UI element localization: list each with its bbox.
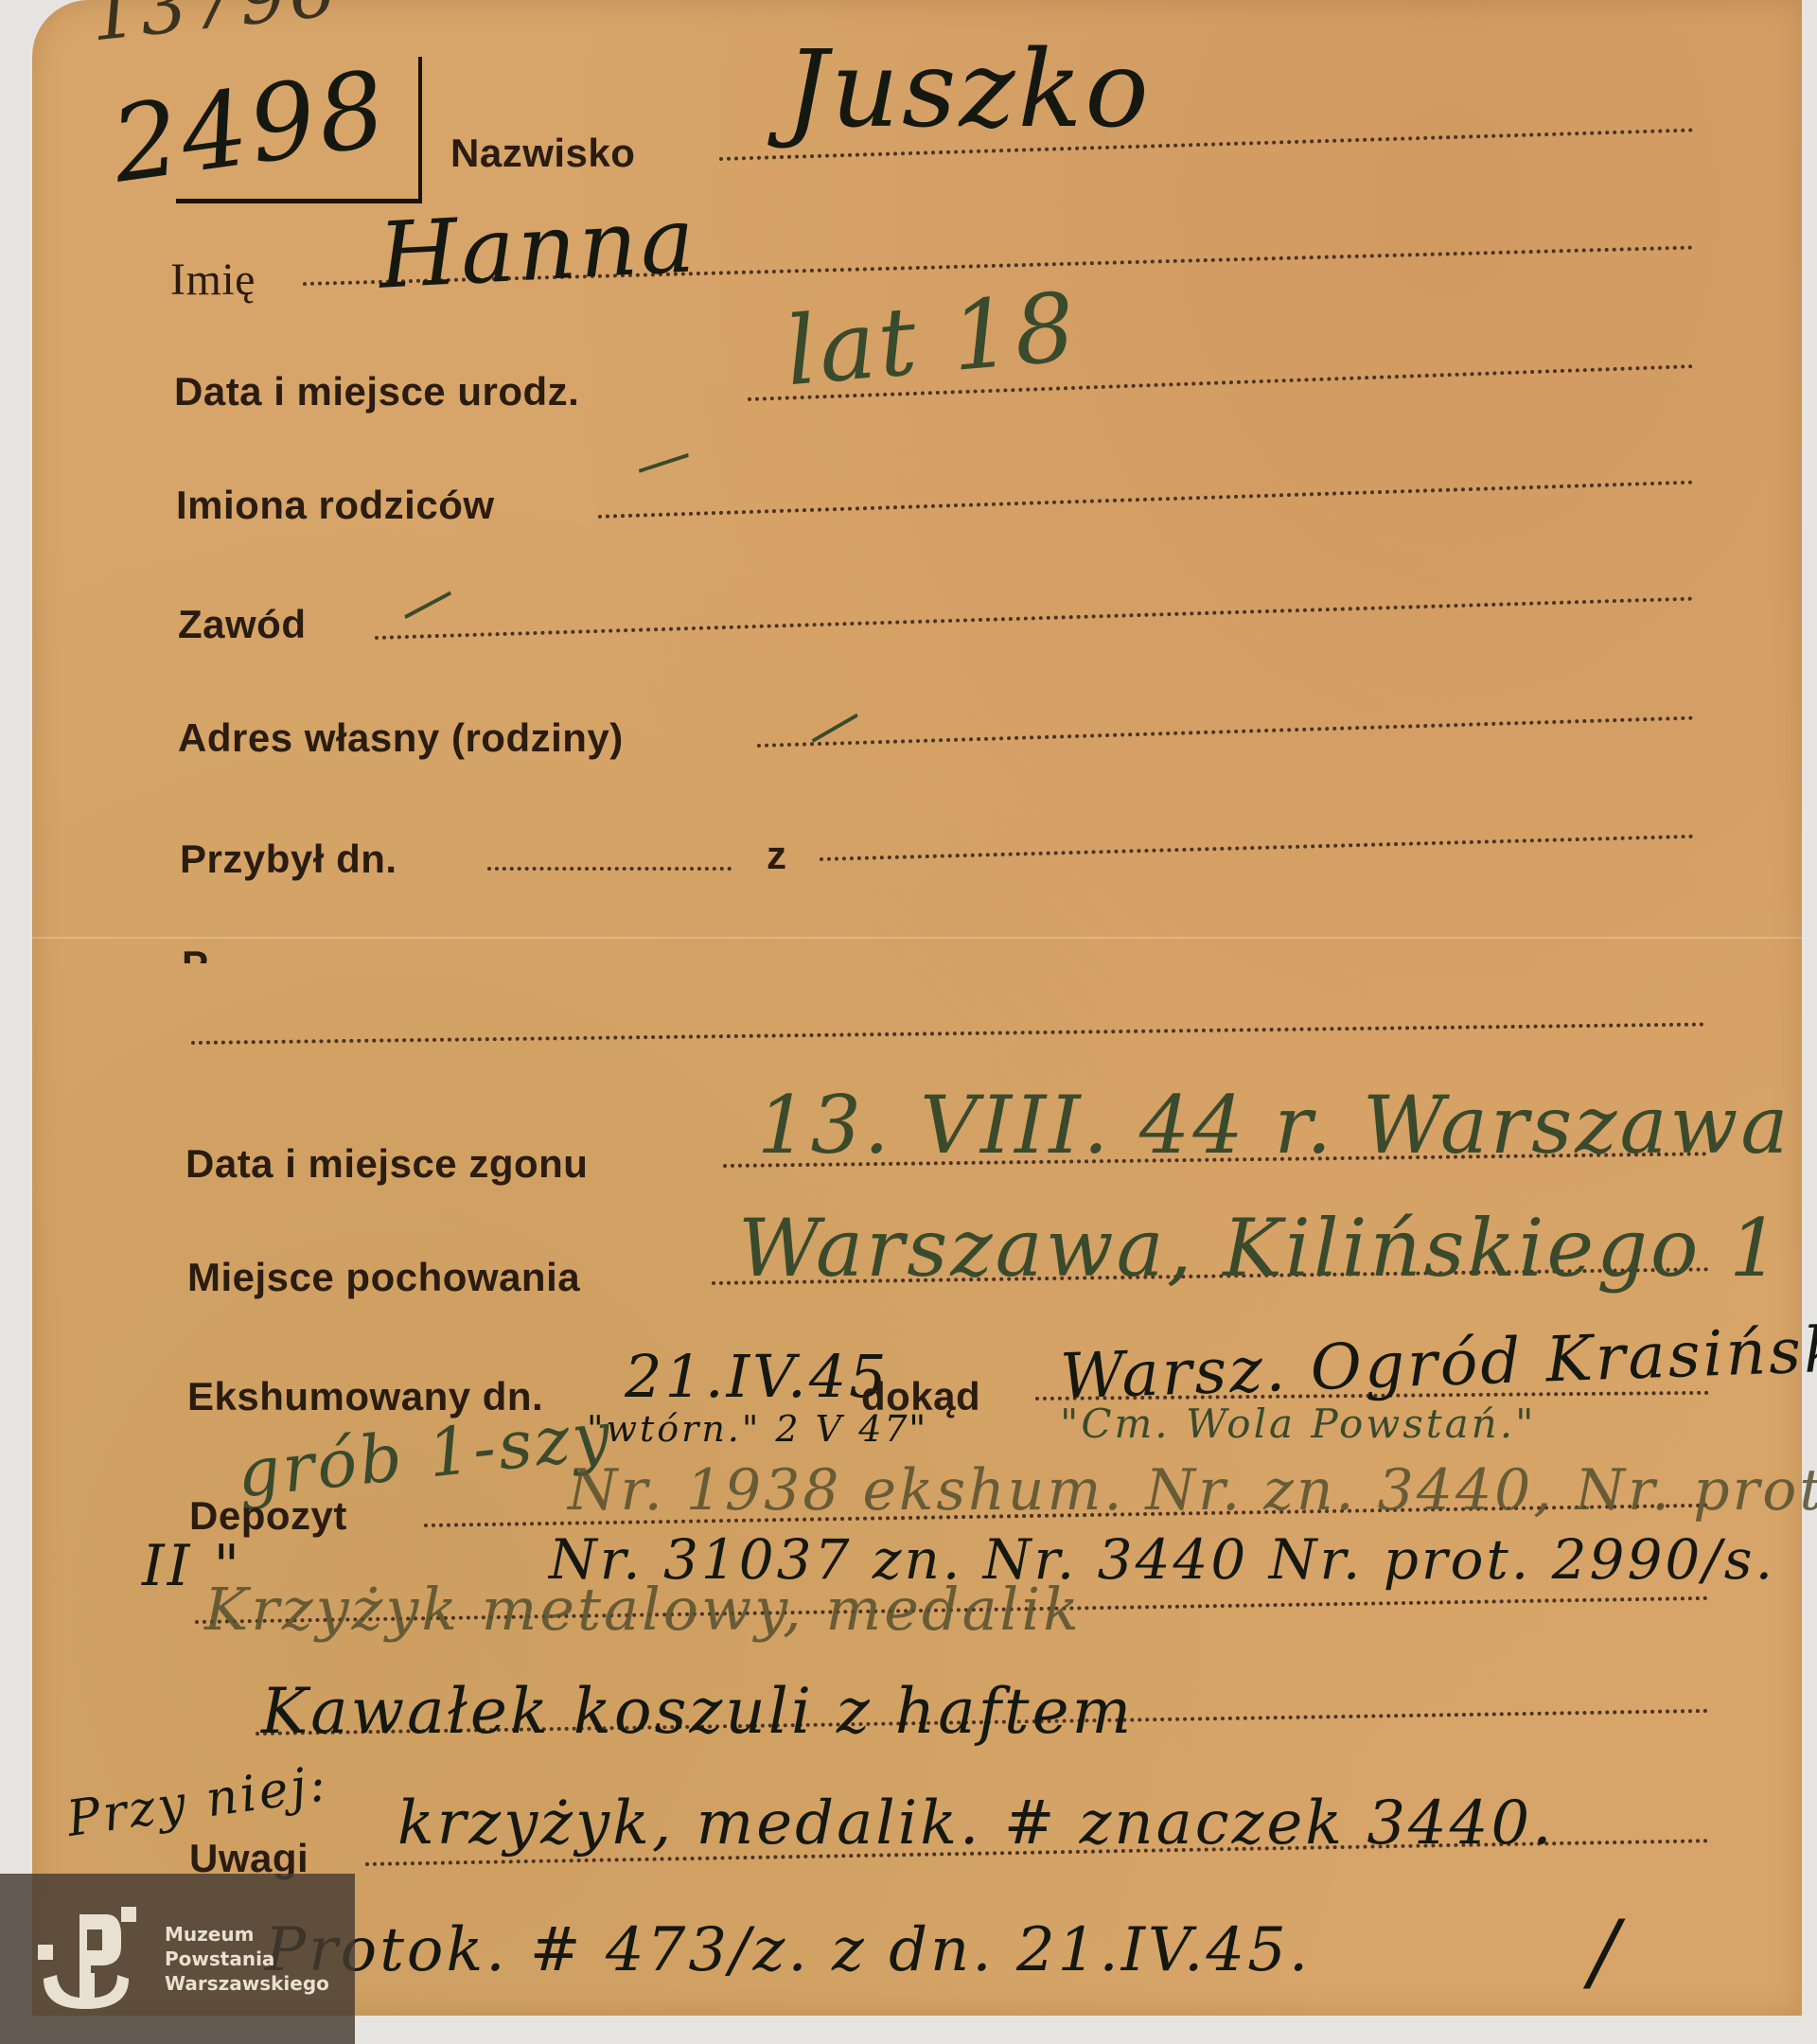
value-deposit-line4: Kawałek koszuli z haftem [261,1675,1134,1748]
value-death: 13. VIII. 44 r. Warszawa [757,1079,1791,1172]
label-arrived: Przybył dn. [180,837,397,882]
label-cut-off: P [182,943,209,963]
label-birth: Data i miejsce urodz. [174,369,579,414]
museum-name-line: Powstania [165,1947,329,1971]
value-surname: Juszko [785,28,1152,151]
value-deposit-line3: Krzyżyk metalowy, medalik [204,1575,1082,1644]
kotwica-anchor-icon [38,1907,142,2011]
label-parents: Imiona rodziców [176,483,495,528]
value-deposit-line1: Nr. 1938 ekshum. Nr. zn. 3440, Nr. prot.… [568,1457,1817,1524]
value-first-name: Hanna [376,186,699,308]
museum-name-line: Muzeum [165,1922,329,1947]
value-second-exhumation-to: "Cm. Wola Powstań." [1060,1401,1536,1447]
museum-name: Muzeum Powstania Warszawskiego [165,1922,329,1996]
museum-name-line: Warszawskiego [165,1971,329,1996]
value-ditto-mark: " [908,1408,928,1452]
value-remarks-mark: / [1590,1902,1621,2001]
label-death: Data i miejsce zgonu [185,1141,588,1187]
label-surname: Nazwisko [450,131,635,176]
label-burial: Miejsce pochowania [187,1255,580,1300]
label-occupation: Zawód [178,602,307,647]
value-second-exhumation-date: "wtórn." 2 V 47 [587,1408,910,1450]
value-remarks-line2: Protok. # 473/z. z dn. 21.IV.45. [265,1915,1311,1985]
label-address: Adres własny (rodziny) [178,715,624,761]
label-deposit: Depozyt [189,1493,347,1539]
value-exhumed-date: 21.IV.45 [625,1342,890,1411]
label-first-name: Imię [170,254,256,306]
museum-watermark: Muzeum Powstania Warszawskiego [0,1874,355,2044]
value-burial: Warszawa, Kilińskiego 1 [738,1202,1783,1295]
label-arrived-from: z [767,833,787,878]
dotline-arrived [487,867,732,871]
value-remarks-line1: krzyżyk, medalik. # znaczek 3440. [397,1788,1555,1859]
